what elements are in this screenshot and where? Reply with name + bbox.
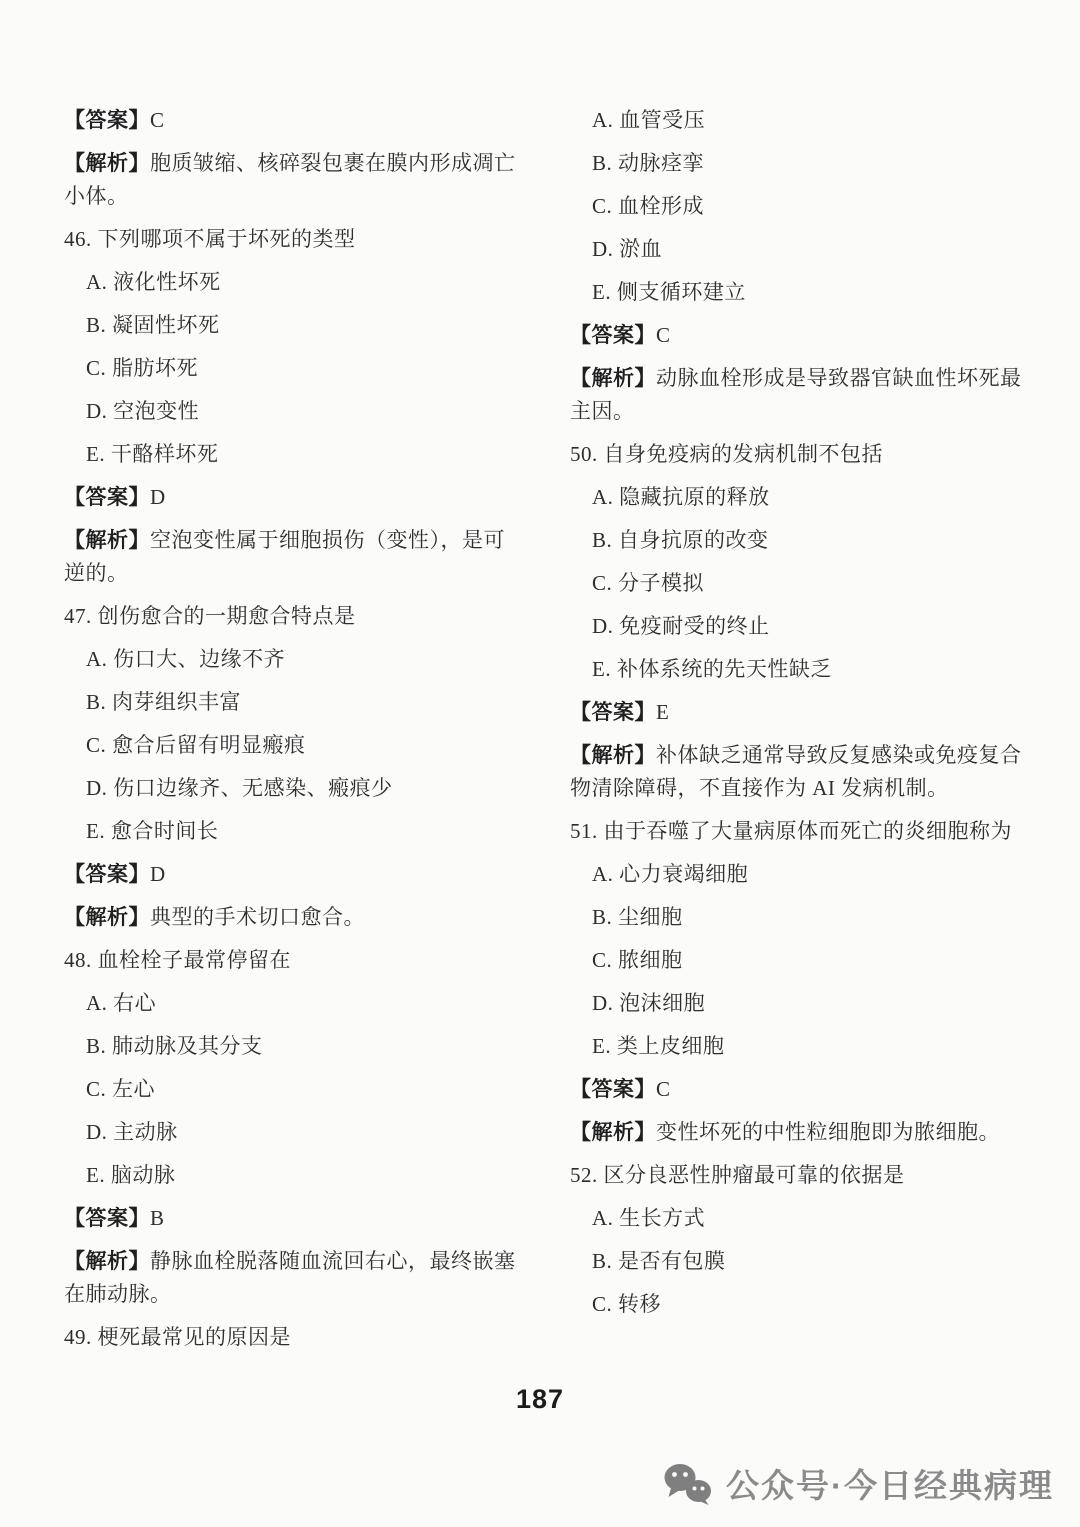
answer-line: 【答案】C bbox=[570, 319, 1022, 352]
line-text: B. 自身抗原的改变 bbox=[592, 528, 769, 552]
analysis-line: 【解析】静脉血栓脱落随血流回右心，最终嵌塞在肺动脉。 bbox=[64, 1245, 516, 1311]
line-text: A. 伤口大、边缘不齐 bbox=[86, 647, 285, 671]
option-line: B. 是否有包膜 bbox=[570, 1245, 1022, 1278]
line-text: 49. 梗死最常见的原因是 bbox=[64, 1325, 291, 1349]
label-tag: 【答案】 bbox=[64, 108, 150, 132]
line-text: B. 是否有包膜 bbox=[592, 1249, 726, 1273]
wechat-icon bbox=[664, 1463, 712, 1505]
label-tag: 【解析】 bbox=[570, 366, 656, 390]
analysis-line: 【解析】胞质皱缩、核碎裂包裹在膜内形成凋亡小体。 bbox=[64, 147, 516, 213]
line-text: E. 类上皮细胞 bbox=[592, 1034, 724, 1058]
line-text: E bbox=[656, 700, 669, 724]
line-text: B. 肉芽组织丰富 bbox=[86, 690, 241, 714]
line-text: C. 脂肪坏死 bbox=[86, 356, 198, 380]
analysis-line: 【解析】空泡变性属于细胞损伤（变性），是可逆的。 bbox=[64, 524, 516, 590]
option-line: B. 凝固性坏死 bbox=[64, 309, 516, 342]
line-text: C bbox=[656, 323, 671, 347]
line-text: C. 左心 bbox=[86, 1077, 155, 1101]
question-line: 48. 血栓栓子最常停留在 bbox=[64, 944, 516, 977]
option-line: A. 伤口大、边缘不齐 bbox=[64, 643, 516, 676]
option-line: E. 干酪样坏死 bbox=[64, 438, 516, 471]
line-text: C. 脓细胞 bbox=[592, 948, 683, 972]
line-text: C. 分子模拟 bbox=[592, 571, 704, 595]
label-tag: 【答案】 bbox=[570, 1077, 656, 1101]
line-text: E. 愈合时间长 bbox=[86, 819, 218, 843]
option-line: C. 愈合后留有明显瘢痕 bbox=[64, 729, 516, 762]
option-line: D. 伤口边缘齐、无感染、瘢痕少 bbox=[64, 772, 516, 805]
option-line: A. 右心 bbox=[64, 987, 516, 1020]
line-text: D. 主动脉 bbox=[86, 1120, 178, 1144]
answer-line: 【答案】E bbox=[570, 696, 1022, 729]
line-text: B bbox=[150, 1206, 165, 1230]
line-text: 48. 血栓栓子最常停留在 bbox=[64, 948, 291, 972]
label-tag: 【答案】 bbox=[64, 485, 150, 509]
label-tag: 【解析】 bbox=[570, 743, 656, 767]
option-line: A. 生长方式 bbox=[570, 1202, 1022, 1235]
answer-line: 【答案】D bbox=[64, 481, 516, 514]
line-text: E. 侧支循环建立 bbox=[592, 280, 746, 304]
analysis-line: 【解析】补体缺乏通常导致反复感染或免疫复合物清除障碍，不直接作为 AI 发病机制… bbox=[570, 739, 1022, 805]
option-line: E. 侧支循环建立 bbox=[570, 276, 1022, 309]
line-text: 52. 区分良恶性肿瘤最可靠的依据是 bbox=[570, 1163, 905, 1187]
option-line: E. 脑动脉 bbox=[64, 1159, 516, 1192]
question-line: 50. 自身免疫病的发病机制不包括 bbox=[570, 438, 1022, 471]
option-line: A. 液化性坏死 bbox=[64, 266, 516, 299]
option-line: C. 脓细胞 bbox=[570, 944, 1022, 977]
option-line: E. 类上皮细胞 bbox=[570, 1030, 1022, 1063]
line-text: C bbox=[150, 108, 165, 132]
label-tag: 【答案】 bbox=[64, 862, 150, 886]
question-line: 49. 梗死最常见的原因是 bbox=[64, 1321, 516, 1354]
answer-line: 【答案】C bbox=[570, 1073, 1022, 1106]
option-line: A. 血管受压 bbox=[570, 104, 1022, 137]
label-tag: 【解析】 bbox=[570, 1120, 656, 1144]
question-line: 52. 区分良恶性肿瘤最可靠的依据是 bbox=[570, 1159, 1022, 1192]
option-line: A. 隐藏抗原的释放 bbox=[570, 481, 1022, 514]
line-text: D. 免疫耐受的终止 bbox=[592, 614, 770, 638]
line-text: B. 尘细胞 bbox=[592, 905, 683, 929]
line-text: B. 动脉痉挛 bbox=[592, 151, 704, 175]
option-line: C. 转移 bbox=[570, 1288, 1022, 1321]
watermark: 公众号·今日经典病理 bbox=[664, 1460, 1054, 1507]
line-text: A. 隐藏抗原的释放 bbox=[592, 485, 770, 509]
label-tag: 【解析】 bbox=[64, 905, 150, 929]
option-line: C. 左心 bbox=[64, 1073, 516, 1106]
line-text: A. 右心 bbox=[86, 991, 156, 1015]
line-text: A. 液化性坏死 bbox=[86, 270, 221, 294]
line-text: B. 凝固性坏死 bbox=[86, 313, 220, 337]
label-tag: 【解析】 bbox=[64, 151, 150, 175]
left-column: 【答案】C【解析】胞质皱缩、核碎裂包裹在膜内形成凋亡小体。46. 下列哪项不属于… bbox=[64, 104, 516, 1364]
label-tag: 【解析】 bbox=[64, 528, 150, 552]
line-text: E. 干酪样坏死 bbox=[86, 442, 218, 466]
line-text: 变性坏死的中性粒细胞即为脓细胞。 bbox=[656, 1120, 1000, 1144]
option-line: D. 主动脉 bbox=[64, 1116, 516, 1149]
right-column: A. 血管受压B. 动脉痉挛C. 血栓形成D. 淤血E. 侧支循环建立【答案】C… bbox=[570, 104, 1022, 1364]
line-text: C bbox=[656, 1077, 671, 1101]
page-body: 【答案】C【解析】胞质皱缩、核碎裂包裹在膜内形成凋亡小体。46. 下列哪项不属于… bbox=[0, 0, 1080, 1364]
label-tag: 【解析】 bbox=[64, 1249, 150, 1273]
option-line: D. 空泡变性 bbox=[64, 395, 516, 428]
line-text: C. 愈合后留有明显瘢痕 bbox=[86, 733, 306, 757]
option-line: C. 脂肪坏死 bbox=[64, 352, 516, 385]
option-line: D. 泡沫细胞 bbox=[570, 987, 1022, 1020]
line-text: D. 伤口边缘齐、无感染、瘢痕少 bbox=[86, 776, 393, 800]
option-line: C. 分子模拟 bbox=[570, 567, 1022, 600]
answer-line: 【答案】C bbox=[64, 104, 516, 137]
option-line: B. 动脉痉挛 bbox=[570, 147, 1022, 180]
option-line: C. 血栓形成 bbox=[570, 190, 1022, 223]
line-text: E. 脑动脉 bbox=[86, 1163, 175, 1187]
label-tag: 【答案】 bbox=[64, 1206, 150, 1230]
line-text: D. 空泡变性 bbox=[86, 399, 199, 423]
line-text: B. 肺动脉及其分支 bbox=[86, 1034, 263, 1058]
question-line: 46. 下列哪项不属于坏死的类型 bbox=[64, 223, 516, 256]
option-line: A. 心力衰竭细胞 bbox=[570, 858, 1022, 891]
line-text: 47. 创伤愈合的一期愈合特点是 bbox=[64, 604, 356, 628]
label-tag: 【答案】 bbox=[570, 323, 656, 347]
line-text: D bbox=[150, 862, 166, 886]
line-text: A. 生长方式 bbox=[592, 1206, 705, 1230]
line-text: A. 心力衰竭细胞 bbox=[592, 862, 748, 886]
line-text: D. 泡沫细胞 bbox=[592, 991, 705, 1015]
page-number: 187 bbox=[0, 1384, 1080, 1415]
line-text: D bbox=[150, 485, 166, 509]
option-line: B. 自身抗原的改变 bbox=[570, 524, 1022, 557]
answer-line: 【答案】B bbox=[64, 1202, 516, 1235]
analysis-line: 【解析】动脉血栓形成是导致器官缺血性坏死最主因。 bbox=[570, 362, 1022, 428]
question-line: 51. 由于吞噬了大量病原体而死亡的炎细胞称为 bbox=[570, 815, 1022, 848]
option-line: D. 淤血 bbox=[570, 233, 1022, 266]
answer-line: 【答案】D bbox=[64, 858, 516, 891]
option-line: D. 免疫耐受的终止 bbox=[570, 610, 1022, 643]
analysis-line: 【解析】变性坏死的中性粒细胞即为脓细胞。 bbox=[570, 1116, 1022, 1149]
line-text: 典型的手术切口愈合。 bbox=[150, 905, 365, 929]
line-text: C. 血栓形成 bbox=[592, 194, 704, 218]
line-text: A. 血管受压 bbox=[592, 108, 705, 132]
line-text: 50. 自身免疫病的发病机制不包括 bbox=[570, 442, 883, 466]
line-text: D. 淤血 bbox=[592, 237, 662, 261]
line-text: 51. 由于吞噬了大量病原体而死亡的炎细胞称为 bbox=[570, 819, 1012, 843]
option-line: E. 愈合时间长 bbox=[64, 815, 516, 848]
option-line: B. 肺动脉及其分支 bbox=[64, 1030, 516, 1063]
line-text: E. 补体系统的先天性缺乏 bbox=[592, 657, 832, 681]
watermark-text: 公众号·今日经典病理 bbox=[726, 1460, 1054, 1507]
label-tag: 【答案】 bbox=[570, 700, 656, 724]
option-line: B. 尘细胞 bbox=[570, 901, 1022, 934]
line-text: C. 转移 bbox=[592, 1292, 661, 1316]
line-text: 46. 下列哪项不属于坏死的类型 bbox=[64, 227, 356, 251]
analysis-line: 【解析】典型的手术切口愈合。 bbox=[64, 901, 516, 934]
option-line: E. 补体系统的先天性缺乏 bbox=[570, 653, 1022, 686]
option-line: B. 肉芽组织丰富 bbox=[64, 686, 516, 719]
question-line: 47. 创伤愈合的一期愈合特点是 bbox=[64, 600, 516, 633]
